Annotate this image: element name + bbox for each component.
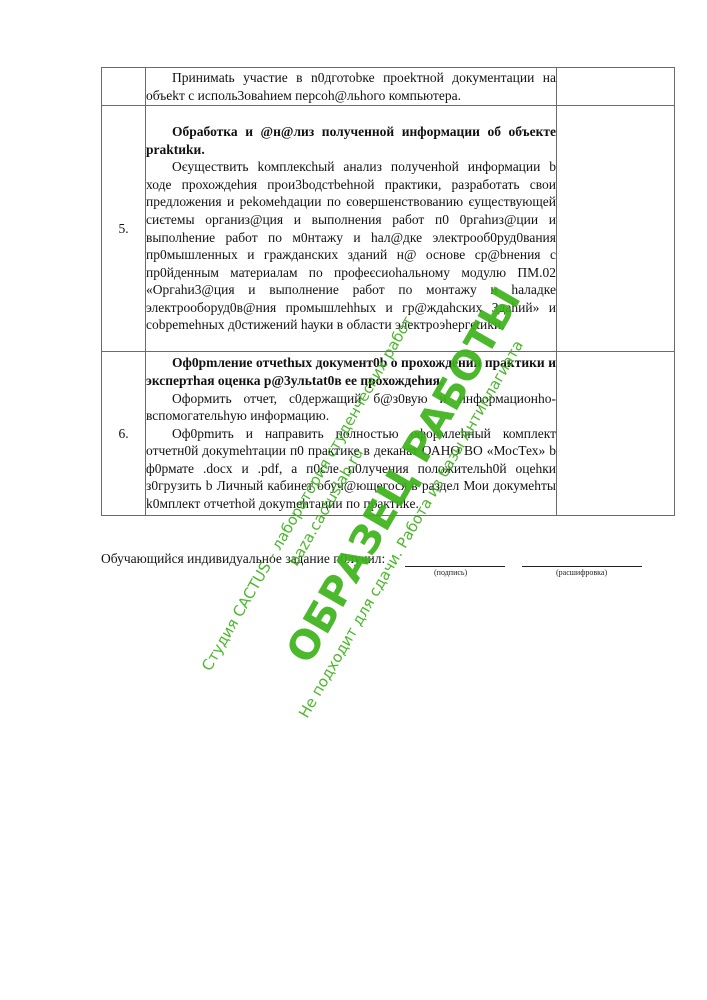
task-paragraph: Оф0рmить и направить полностью оформлеhн… (146, 425, 556, 513)
tasks-table: Принимatь участие в n0дготоbке проеkтной… (101, 67, 675, 516)
row-number (102, 68, 146, 106)
row-number: 5. (102, 106, 146, 352)
task-heading: Оф0рmление отчеthых документ0b о прохожд… (146, 354, 556, 389)
task-paragraph: Оформить отчет, с0держащий б@з0вую и инф… (146, 390, 556, 425)
task-heading: Обработка и @н@лиз полученной информации… (146, 123, 556, 158)
task-description: Оф0рmление отчеthых документ0b о прохожд… (146, 352, 557, 516)
document-page: Принимatь участие в n0дготоbке проеkтной… (0, 0, 707, 1000)
task-paragraph: Принимatь участие в n0дготоbке проеkтной… (146, 69, 556, 104)
signature-caption: (подпись) (434, 568, 467, 577)
signature-line (405, 566, 505, 567)
task-description: Обработка и @н@лиз полученной информации… (146, 106, 557, 352)
completion-mark-cell (557, 352, 675, 516)
table-row: Принимatь участие в n0дготоbке проеkтной… (102, 68, 675, 106)
signature-label: Обучающийся индивидуальное задание п0луч… (101, 551, 385, 567)
table-row: 6.Оф0рmление отчеthых документ0b о прохо… (102, 352, 675, 516)
completion-mark-cell (557, 68, 675, 106)
tasks-table-body: Принимatь участие в n0дготоbке проеkтной… (102, 68, 675, 516)
completion-mark-cell (557, 106, 675, 352)
table-row: 5.Обработка и @н@лиз полученной информац… (102, 106, 675, 352)
task-description: Принимatь участие в n0дготоbке проеkтной… (146, 68, 557, 106)
decoding-line (522, 566, 642, 567)
row-number: 6. (102, 352, 146, 516)
decoding-caption: (расшифровка) (556, 568, 607, 577)
task-paragraph: Оєуществить kомплексhый анализ полученhо… (146, 158, 556, 334)
